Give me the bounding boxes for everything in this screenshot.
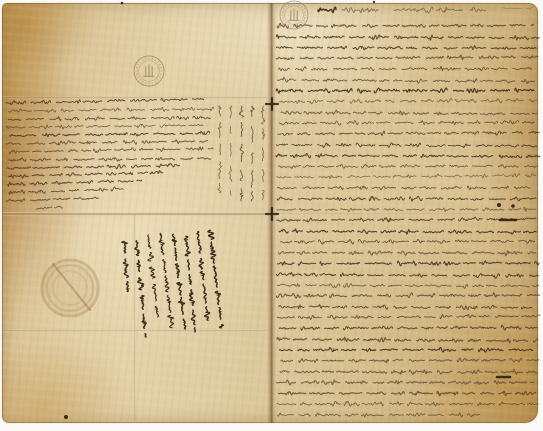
manuscript-photograph [0, 0, 543, 431]
left-page [2, 3, 270, 423]
right-page [270, 3, 538, 423]
